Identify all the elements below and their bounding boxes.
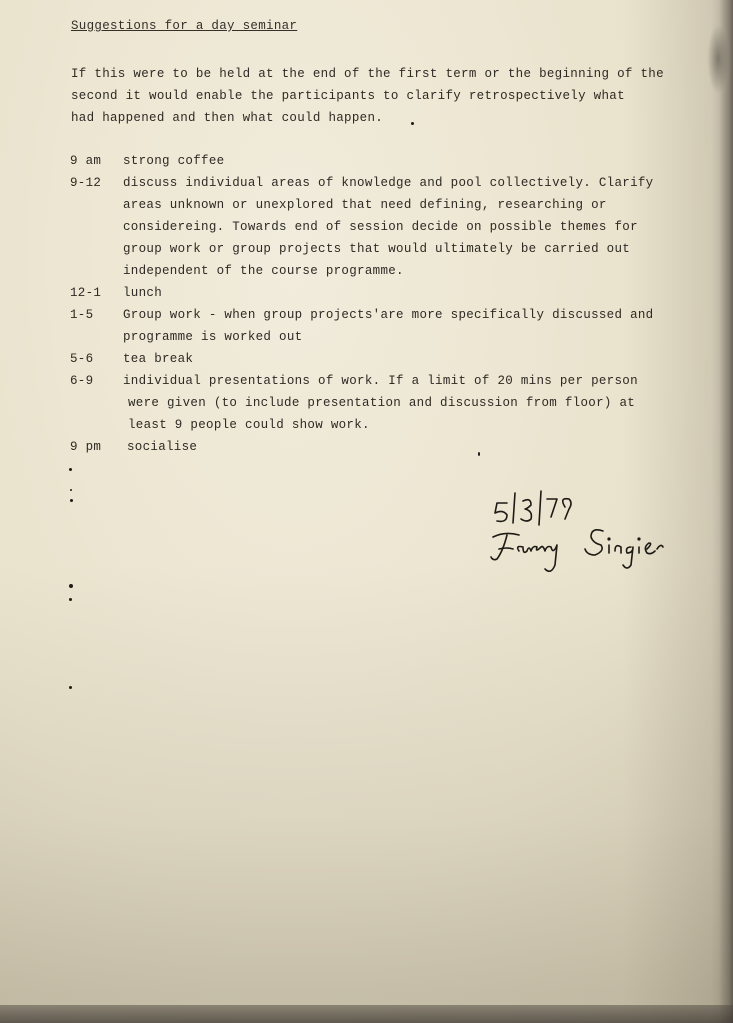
intro-line: If this were to be held at the end of th…: [71, 63, 671, 85]
schedule-time: 9-12: [70, 172, 123, 282]
handwritten-signature: [485, 485, 685, 585]
description-line: independent of the course programme.: [123, 260, 653, 282]
schedule-description: tea break: [123, 348, 650, 370]
description-line: strong coffee: [123, 150, 650, 172]
scan-speck: [411, 122, 414, 125]
scan-speck: [69, 598, 72, 601]
description-line: socialise: [127, 436, 650, 458]
description-line: tea break: [123, 348, 650, 370]
description-line: programme is worked out: [123, 326, 653, 348]
description-line: discuss individual areas of knowledge an…: [123, 172, 653, 194]
schedule-item: 6-9 individual presentations of work. If…: [70, 370, 650, 436]
schedule-item: 9 am strong coffee: [70, 150, 650, 172]
description-line: Group work - when group projects'are mor…: [123, 304, 653, 326]
scan-edge-right: [719, 0, 733, 1023]
document-title: Suggestions for a day seminar: [71, 19, 297, 33]
schedule-description: Group work - when group projects'are mor…: [123, 304, 653, 348]
description-line: considereing. Towards end of session dec…: [123, 216, 653, 238]
intro-paragraph: If this were to be held at the end of th…: [71, 63, 671, 129]
schedule-list: 9 am strong coffee 9-12 discuss individu…: [70, 150, 650, 458]
description-line: group work or group projects that would …: [123, 238, 653, 260]
intro-line: had happened and then what could happen.: [71, 107, 671, 129]
schedule-item: 5-6 tea break: [70, 348, 650, 370]
schedule-time: 9 am: [70, 150, 123, 172]
schedule-time: 12-1: [70, 282, 123, 304]
description-line: areas unknown or unexplored that need de…: [123, 194, 653, 216]
schedule-time: 5-6: [70, 348, 123, 370]
schedule-time: 6-9: [70, 370, 123, 436]
description-line: were given (to include presentation and …: [123, 392, 650, 414]
scan-speck: [69, 686, 72, 689]
intro-line: second it would enable the participants …: [71, 85, 671, 107]
description-line: lunch: [123, 282, 650, 304]
signature-ink-icon: [485, 485, 685, 585]
schedule-description: discuss individual areas of knowledge an…: [123, 172, 653, 282]
schedule-item: 9-12 discuss individual areas of knowled…: [70, 172, 650, 282]
schedule-item: 1-5 Group work - when group projects'are…: [70, 304, 650, 348]
description-line: individual presentations of work. If a l…: [123, 370, 650, 392]
schedule-item: 9 pm socialise: [70, 436, 650, 458]
schedule-time: 9 pm: [70, 436, 123, 458]
schedule-description: socialise: [123, 436, 650, 458]
scan-edge-bottom: [0, 1005, 733, 1023]
scan-speck: [478, 452, 480, 456]
scan-speck: [70, 499, 73, 502]
schedule-description: strong coffee: [123, 150, 650, 172]
scan-speck: [69, 468, 72, 471]
schedule-description: lunch: [123, 282, 650, 304]
scan-speck: [70, 489, 72, 491]
description-line: least 9 people could show work.: [123, 414, 650, 436]
schedule-time: 1-5: [70, 304, 123, 348]
schedule-description: individual presentations of work. If a l…: [123, 370, 650, 436]
scan-speck: [69, 584, 73, 588]
schedule-item: 12-1 lunch: [70, 282, 650, 304]
